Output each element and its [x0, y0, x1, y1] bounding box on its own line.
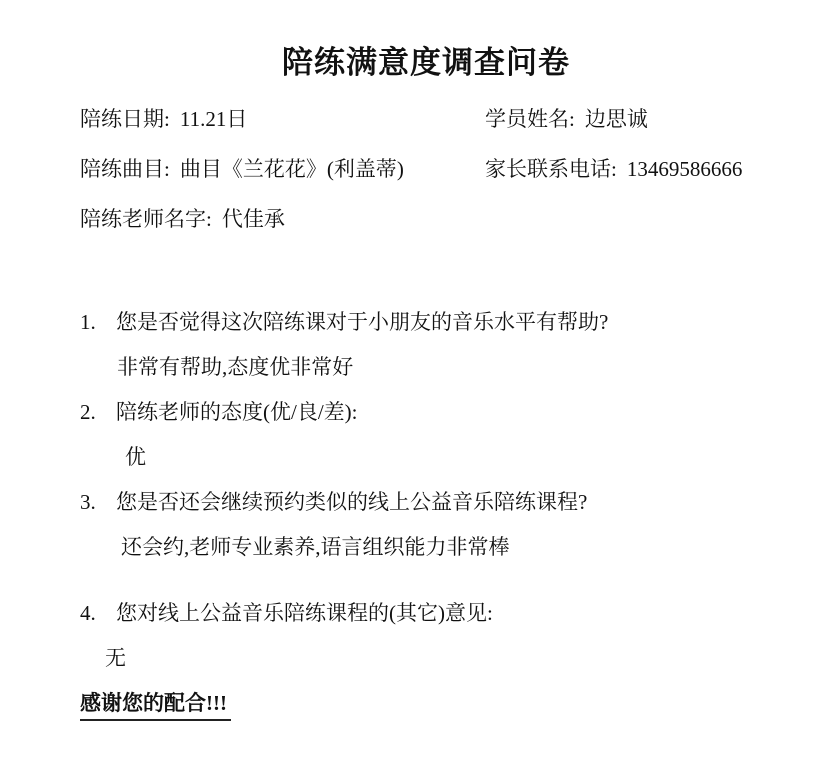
question-3: 3. 您是否还会继续预约类似的线上公益音乐陪练课程?: [80, 489, 772, 515]
question-2-number: 2.: [80, 399, 116, 425]
question-4-number: 4.: [80, 600, 116, 626]
practice-date-label: 陪练日期:: [80, 107, 170, 131]
answer-1: 非常有帮助,态度优非常好: [80, 354, 772, 380]
answer-4: 无: [80, 645, 772, 671]
info-section: 陪练日期:11.21日 学员姓名:边思诚 陪练曲目:曲目《兰花花》(利盖蒂) 家…: [80, 106, 772, 256]
question-item-2: 2. 陪练老师的态度(优/良/差): 优: [80, 399, 772, 470]
question-1-text: 您是否觉得这次陪练课对于小朋友的音乐水平有帮助?: [116, 309, 608, 335]
survey-document: 陪练满意度调查问卷 陪练日期:11.21日 学员姓名:边思诚 陪练曲目:曲目《兰…: [0, 0, 832, 784]
question-3-number: 3.: [80, 489, 116, 515]
student-name-value: 边思诚: [585, 107, 648, 131]
practice-piece-value: 曲目《兰花花》(利盖蒂): [180, 157, 404, 181]
question-item-4: 4. 您对线上公益音乐陪练课程的(其它)意见: 无: [80, 600, 772, 671]
question-item-1: 1. 您是否觉得这次陪练课对于小朋友的音乐水平有帮助? 非常有帮助,态度优非常好: [80, 309, 772, 380]
answer-2: 优: [80, 444, 772, 470]
parent-phone-label: 家长联系电话:: [485, 157, 617, 181]
question-4-text: 您对线上公益音乐陪练课程的(其它)意见:: [116, 600, 493, 626]
page-title: 陪练满意度调查问卷: [80, 46, 772, 80]
practice-date-value: 11.21日: [180, 107, 247, 131]
question-3-text: 您是否还会继续预约类似的线上公益音乐陪练课程?: [116, 489, 587, 515]
closing-note-text: 感谢您的配合!!!: [80, 690, 231, 721]
field-practice-date: 陪练日期:11.21日: [80, 106, 485, 132]
question-1-number: 1.: [80, 309, 116, 335]
question-list: 1. 您是否觉得这次陪练课对于小朋友的音乐水平有帮助? 非常有帮助,态度优非常好…: [80, 309, 772, 671]
field-parent-phone: 家长联系电话:13469586666: [485, 156, 772, 182]
question-item-3: 3. 您是否还会继续预约类似的线上公益音乐陪练课程? 还会约,老师专业素养,语言…: [80, 489, 772, 560]
question-4: 4. 您对线上公益音乐陪练课程的(其它)意见:: [80, 600, 772, 626]
answer-3: 还会约,老师专业素养,语言组织能力非常棒: [80, 534, 772, 560]
student-name-label: 学员姓名:: [485, 107, 575, 131]
field-teacher-name: 陪练老师名字:代佳承: [80, 206, 485, 232]
field-practice-piece: 陪练曲目:曲目《兰花花》(利盖蒂): [80, 156, 485, 182]
field-student-name: 学员姓名:边思诚: [485, 106, 772, 132]
question-2: 2. 陪练老师的态度(优/良/差):: [80, 399, 772, 425]
question-2-text: 陪练老师的态度(优/良/差):: [116, 399, 358, 425]
parent-phone-value: 13469586666: [627, 157, 743, 181]
teacher-name-label: 陪练老师名字:: [80, 207, 212, 231]
practice-piece-label: 陪练曲目:: [80, 157, 170, 181]
question-1: 1. 您是否觉得这次陪练课对于小朋友的音乐水平有帮助?: [80, 309, 772, 335]
closing-note: 感谢您的配合!!!: [80, 690, 772, 721]
teacher-name-value: 代佳承: [222, 207, 285, 231]
